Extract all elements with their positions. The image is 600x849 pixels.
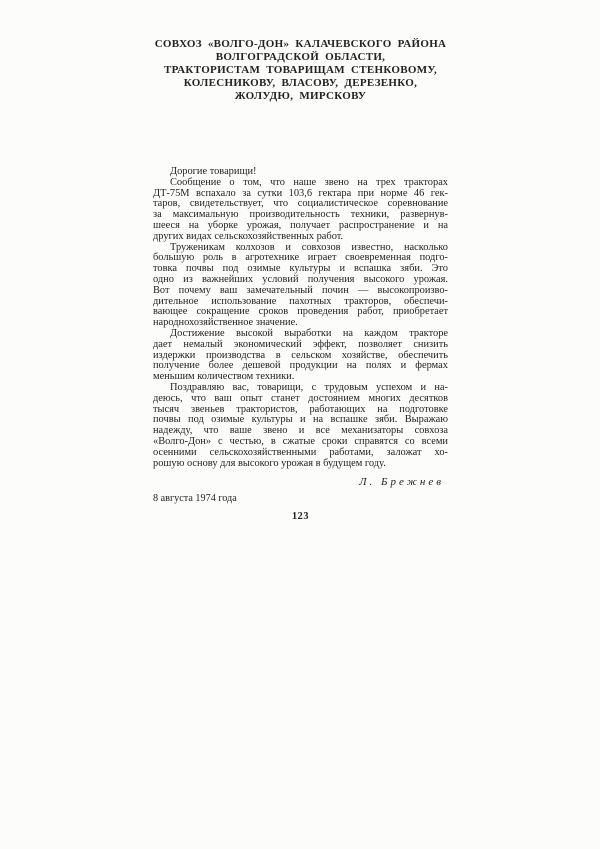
title-line: ЖОЛУДЮ, МИРСКОВУ xyxy=(153,90,448,103)
title-line: КОЛЕСНИКОВУ, ВЛАСОВУ, ДЕРЕЗЕНКО, xyxy=(153,77,448,90)
text-line: других видах сельскохозяйственных работ. xyxy=(153,232,448,243)
title-line: СОВХОЗ «ВОЛГО-ДОН» КАЛАЧЕВСКОГО РАЙОНА xyxy=(153,38,448,51)
text-line: деюсь, что ваш опыт станет достоянием мн… xyxy=(153,394,448,405)
title-line: ТРАКТОРИСТАМ ТОВАРИЩАМ СТЕНКОВОМУ, xyxy=(153,64,448,77)
text-line: Вот почему ваш замечательный почин — выс… xyxy=(153,286,448,297)
text-line: рошую основу для высокого урожая в будущ… xyxy=(153,459,448,470)
signature: Л. Брежнев xyxy=(153,476,448,488)
paragraph: Труженикам колхозов и совхозов известно,… xyxy=(153,243,448,329)
book-page: СОВХОЗ «ВОЛГО-ДОН» КАЛАЧЕВСКОГО РАЙОНА В… xyxy=(0,0,600,849)
page-number: 123 xyxy=(153,511,448,522)
paragraph: Поздравляю вас, товарищи, с трудовым усп… xyxy=(153,383,448,469)
page-content: СОВХОЗ «ВОЛГО-ДОН» КАЛАЧЕВСКОГО РАЙОНА В… xyxy=(153,38,448,522)
document-title: СОВХОЗ «ВОЛГО-ДОН» КАЛАЧЕВСКОГО РАЙОНА В… xyxy=(153,38,448,103)
date-line: 8 августа 1974 года xyxy=(153,493,448,504)
text-line: дает немалый экономический эффект, позво… xyxy=(153,340,448,351)
title-line: ВОЛГОГРАДСКОЙ ОБЛАСТИ, xyxy=(153,51,448,64)
body-text: Дорогие товарищи! Сообщение о том, что н… xyxy=(153,167,448,469)
paragraph: Сообщение о том, что наше звено на трех … xyxy=(153,178,448,243)
paragraph: Достижение высокой выработки на каждом т… xyxy=(153,329,448,383)
text-line: Сообщение о том, что наше звено на трех … xyxy=(153,178,448,189)
text-line: осенними сельскохозяйственными работами,… xyxy=(153,448,448,459)
